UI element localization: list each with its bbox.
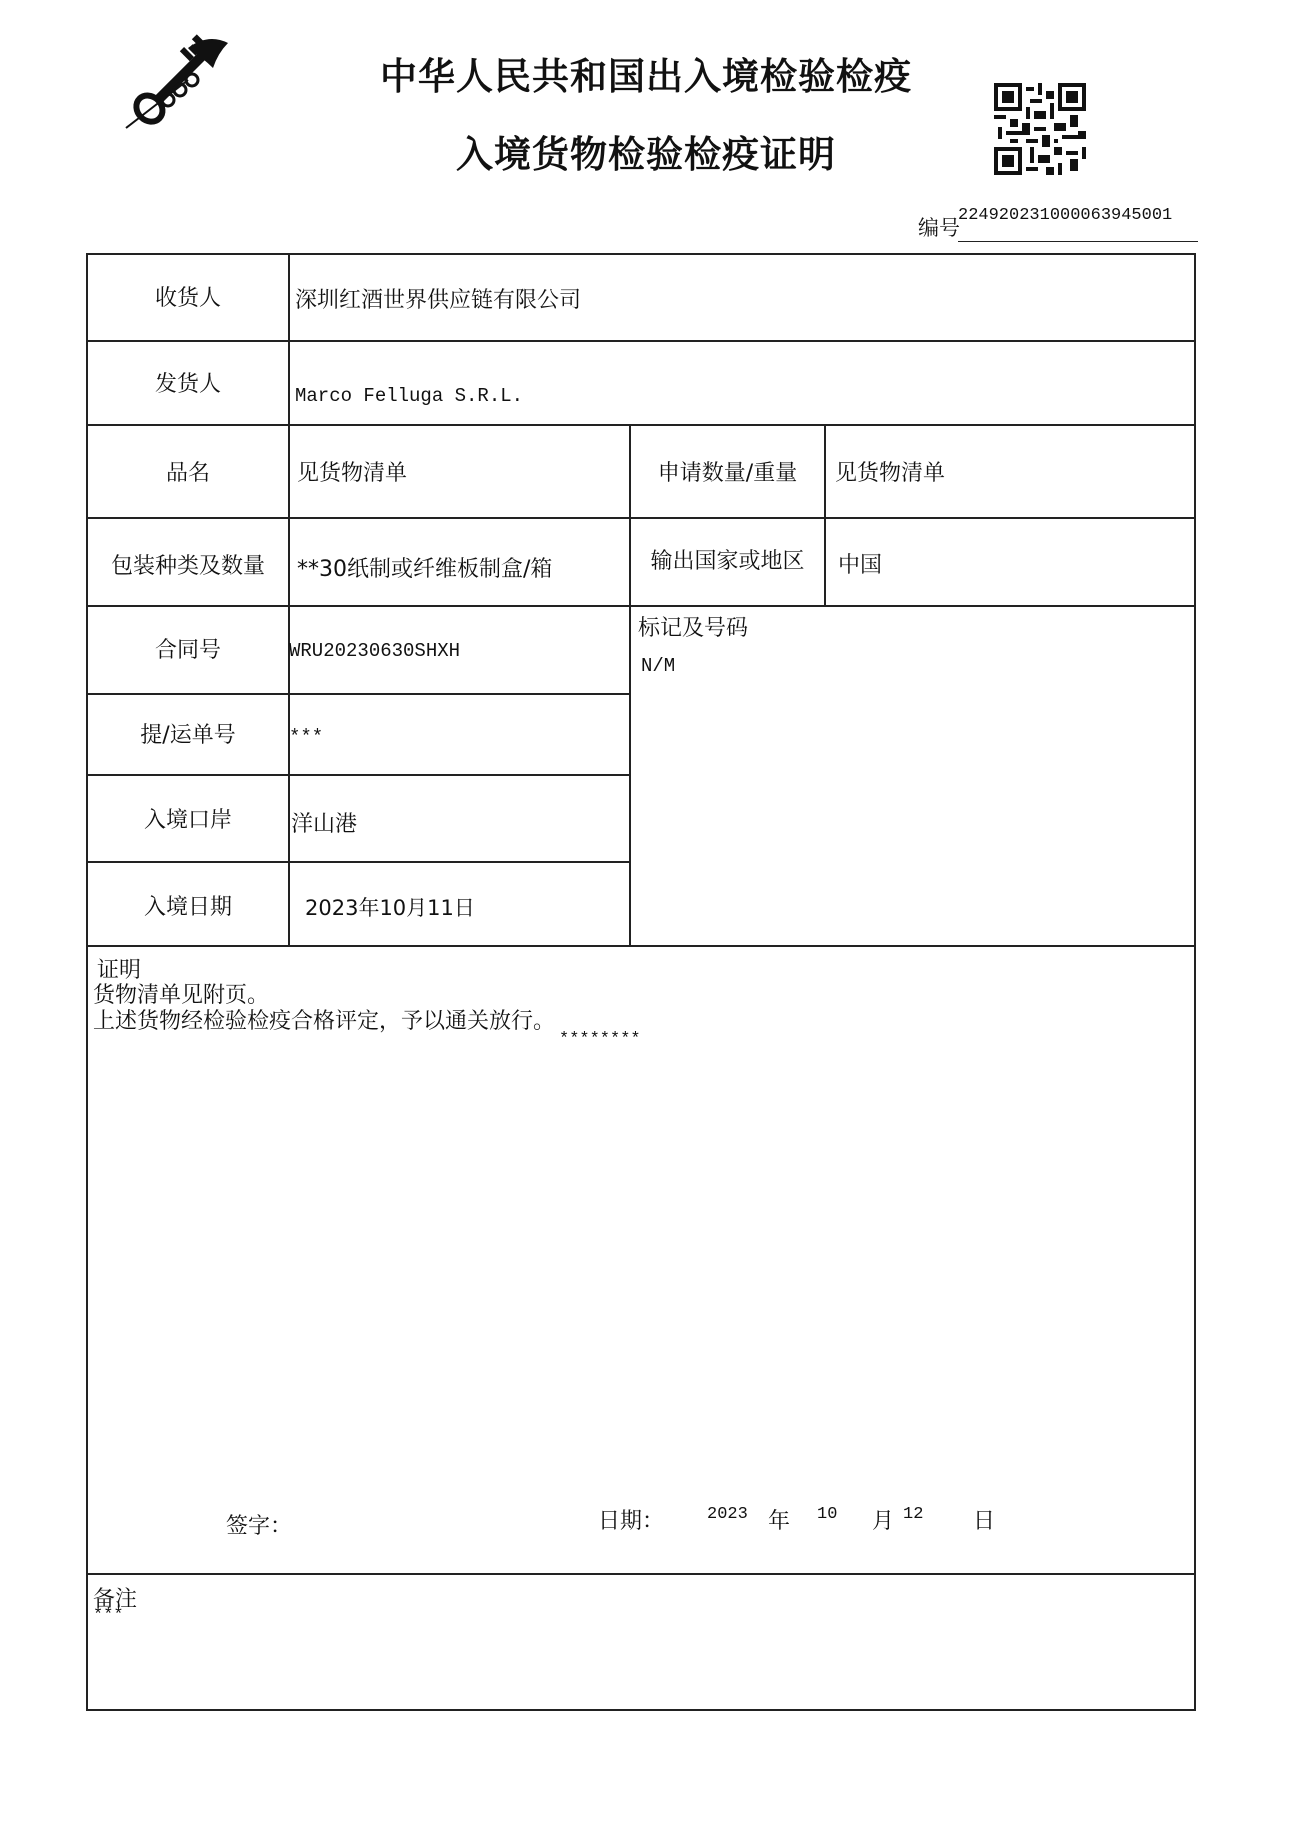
signature-label: 签字： [226,1509,292,1540]
declared-qty-label: 申请数量/重量 [631,456,824,487]
consignee-label: 收货人 [88,281,288,312]
bl-no-value: *** [289,726,323,748]
document-title: 中华人民共和国出入境检验检疫 [0,46,1292,100]
certificate-stars: ******** [559,1030,641,1049]
contract-no-value: WRU20230630SHXH [289,640,460,662]
entry-date-label: 入境日期 [88,890,288,921]
product-name-label: 品名 [88,456,288,487]
entry-port-value: 洋山港 [291,807,357,838]
remarks-value: *** [93,1606,124,1625]
date-year: 2023 [707,1505,748,1524]
packing-value: **30纸制或纤维板制盒/箱 [297,552,552,583]
date-label: 日期： [598,1504,664,1535]
bl-no-label: 提/运单号 [88,718,288,749]
packing-label: 包装种类及数量 [88,549,288,580]
entry-port-label: 入境口岸 [88,803,288,834]
date-day: 12 [903,1505,923,1524]
product-name-value: 见货物清单 [297,456,407,487]
origin-country-label: 输出国家或地区 [631,544,824,575]
origin-country-value: 中国 [838,548,882,579]
document-subtitle: 入境货物检验检疫证明 [0,124,1292,178]
certificate-line-2: 上述货物经检验检疫合格评定，予以通关放行。 [93,1004,555,1035]
declared-qty-value: 见货物清单 [835,456,945,487]
month-char: 月 [872,1504,894,1535]
consignor-label: 发货人 [88,367,288,398]
day-char: 日 [973,1504,995,1535]
year-char: 年 [768,1504,790,1535]
marks-value: N/M [641,655,675,677]
contract-no-label: 合同号 [88,633,288,664]
consignor-value: Marco Felluga S.R.L. [295,385,523,407]
certificate-number: 224920231000063945001 [958,206,1172,225]
entry-date-value: 2023年10月11日 [305,892,475,922]
qr-code-icon [994,83,1086,175]
number-underline [958,241,1198,242]
date-month: 10 [817,1505,837,1524]
marks-label: 标记及号码 [638,611,748,642]
consignee-value: 深圳红酒世界供应链有限公司 [295,283,581,314]
number-label: 编号 [918,212,960,242]
